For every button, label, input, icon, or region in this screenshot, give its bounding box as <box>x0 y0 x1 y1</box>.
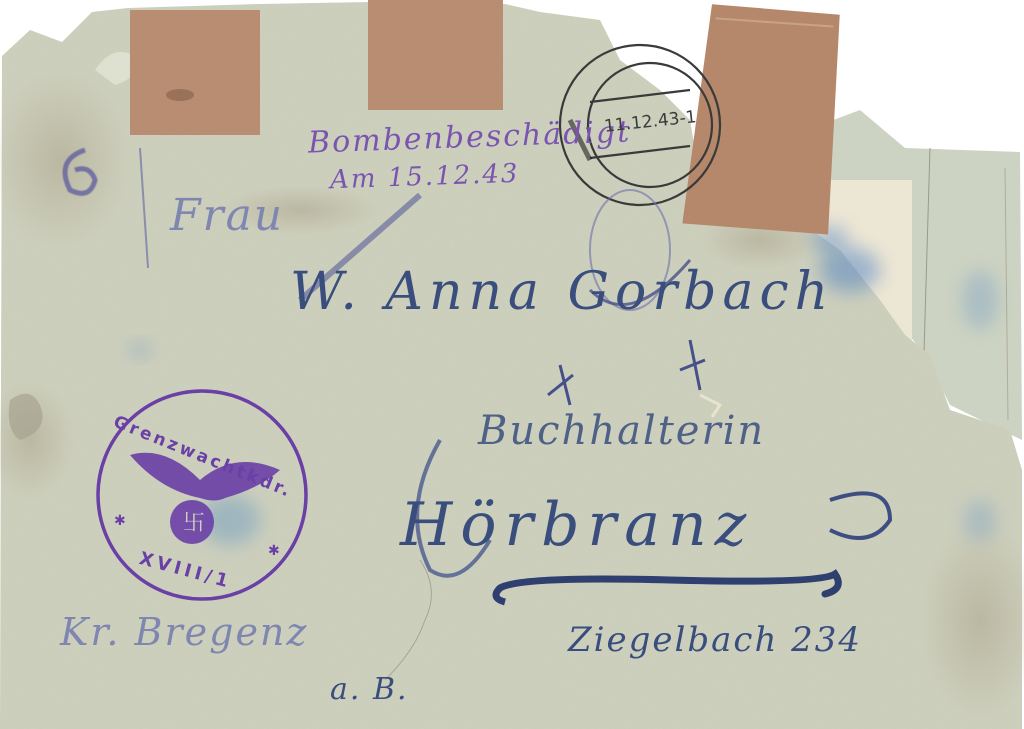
svg-text:✱: ✱ <box>268 543 280 559</box>
tape-strip-left <box>130 10 260 135</box>
envelope-photo: 卐 ✱ ✱ Bombenbeschädigt Am 15.12.43 11.12… <box>0 0 1024 729</box>
address-district: Kr. Bregenz <box>60 610 308 654</box>
tape-strip-middle <box>368 0 503 110</box>
address-salutation: Frau <box>170 190 284 241</box>
address-occupation: Buchhalterin <box>478 408 765 454</box>
address-name: W. Anna Gorbach <box>290 262 834 322</box>
address-street: Ziegelbach 234 <box>568 620 862 660</box>
address-region: a. B. <box>330 672 409 707</box>
tape-strip-right <box>682 3 840 234</box>
address-city: Hörbranz <box>400 490 754 560</box>
svg-text:✱: ✱ <box>114 513 126 529</box>
svg-text:卐: 卐 <box>183 511 205 536</box>
